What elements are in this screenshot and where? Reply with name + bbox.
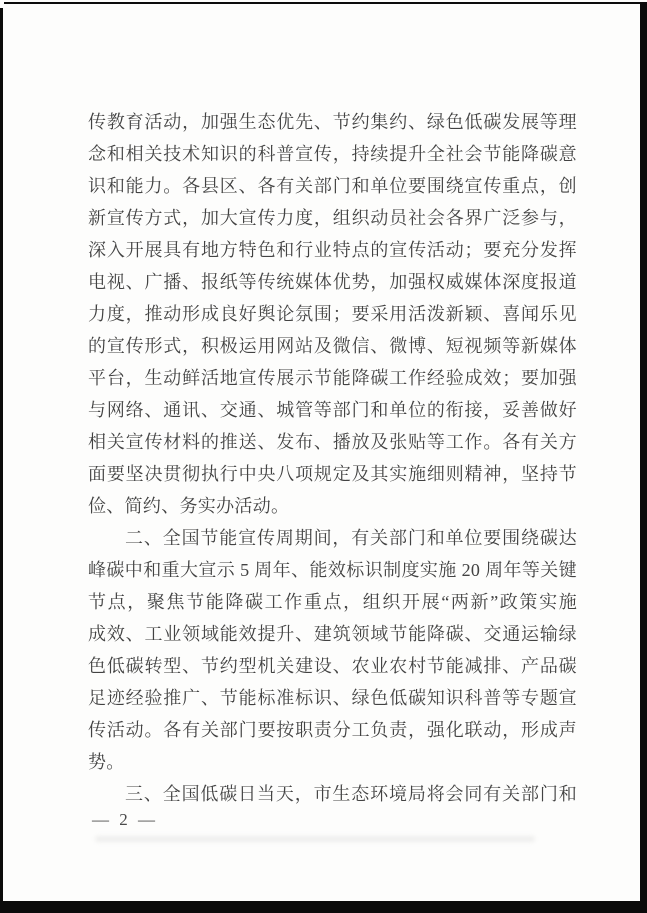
text-line: 电视、广播、报纸等传统媒体优势，加强权威媒体深度报道 (88, 266, 577, 298)
text-line: 节点，聚焦节能降碳工作重点，组织开展“两新”政策实施 (88, 586, 577, 618)
text-line: 力度，推动形成良好舆论氛围；要采用活泼新颖、喜闻乐见 (88, 298, 577, 330)
scan-border-left (0, 8, 3, 901)
text-line: 识和能力。各县区、各有关部门和单位要围绕宣传重点，创 (88, 170, 577, 202)
text-line: 二、全国节能宣传周期间，有关部门和单位要围绕碳达 (88, 522, 577, 554)
page-number: — 2 — (92, 810, 158, 830)
text-line: 新宣传方式，加大宣传力度，组织动员社会各界广泛参与， (88, 202, 577, 234)
text-line: 念和相关技术知识的科普宣传，持续提升全社会节能降碳意 (88, 138, 577, 170)
text-line: 面要坚决贯彻执行中央八项规定及其实施细则精神，坚持节 (88, 458, 577, 490)
text-line: 的宣传形式，积极运用网站及微信、微博、短视频等新媒体 (88, 330, 577, 362)
text-line: 俭、简约、务实办活动。 (88, 490, 577, 522)
scan-border-bottom (0, 901, 647, 913)
text-line: 三、全国低碳日当天，市生态环境局将会同有关部门和 (88, 778, 577, 810)
scan-border-top (4, 2, 647, 4)
text-line: 成效、工业领域能效提升、建筑领域节能降碳、交通运输绿 (88, 618, 577, 650)
text-line: 峰碳中和重大宣示 5 周年、能效标识制度实施 20 周年等关键 (88, 554, 577, 586)
text-line: 相关宣传材料的推送、发布、播放及张贴等工作。各有关方 (88, 426, 577, 458)
scanned-page: 传教育活动，加强生态优先、节约集约、绿色低碳发展等理念和相关技术知识的科普宣传，… (0, 0, 647, 913)
text-line: 平台，生动鲜活地宣传展示节能降碳工作经验成效；要加强 (88, 362, 577, 394)
text-line: 足迹经验推广、节能标准标识、绿色低碳知识科普等专题宣 (88, 682, 577, 714)
scan-smudge (95, 836, 535, 842)
text-line: 传活动。各有关部门要按职责分工负责，强化联动，形成声 (88, 714, 577, 746)
text-line: 深入开展具有地方特色和行业特点的宣传活动；要充分发挥 (88, 234, 577, 266)
text-line: 色低碳转型、节约型机关建设、农业农村节能减排、产品碳 (88, 650, 577, 682)
text-line: 传教育活动，加强生态优先、节约集约、绿色低碳发展等理 (88, 106, 577, 138)
text-line: 与网络、通讯、交通、城管等部门和单位的衔接，妥善做好 (88, 394, 577, 426)
text-line: 势。 (88, 746, 577, 778)
scan-border-right (640, 2, 647, 913)
document-text-block: 传教育活动，加强生态优先、节约集约、绿色低碳发展等理念和相关技术知识的科普宣传，… (88, 106, 577, 810)
